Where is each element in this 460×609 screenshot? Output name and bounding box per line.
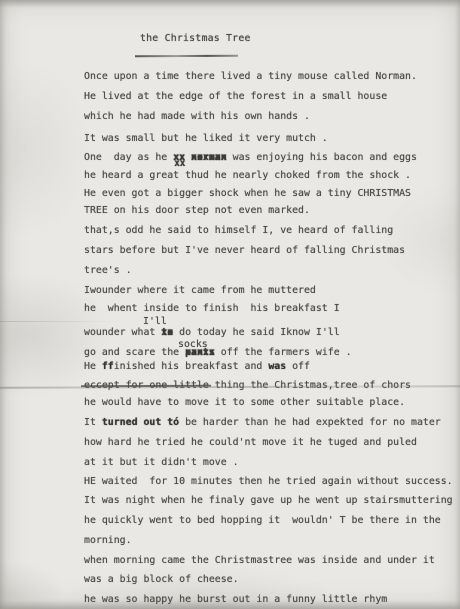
text-segment: TREE on his door step not even marked. — [84, 205, 310, 217]
text: stars before but I've never heard of fal… — [84, 245, 405, 256]
text-segment: do today he said Iknow I'll — [173, 327, 339, 339]
text-line: when morning came the Christmastree was … — [84, 555, 435, 567]
text: It was small but he liked it very mutch … — [84, 133, 328, 144]
text-line: It was night when he finaly gave up he w… — [84, 495, 453, 507]
text-segment: which he had made with his own hands . — [84, 111, 310, 123]
text: He lived at the edge of the forest in a … — [84, 91, 387, 102]
text: It — [84, 417, 102, 428]
text-segment: go and scare the — [84, 347, 185, 359]
text: I'll — [143, 316, 167, 327]
text-line: he quickly went to bed hopping it wouldn… — [84, 515, 441, 527]
text-segment: It — [84, 417, 102, 429]
text-line: he would have to move it to some other s… — [84, 397, 405, 409]
text-line: was a big block of cheese. — [84, 574, 239, 586]
text: He — [84, 361, 102, 372]
text-line: It turned out tó be harder than he had e… — [84, 417, 441, 429]
text: turned out tó — [102, 417, 179, 428]
text: norman — [191, 152, 227, 164]
text-segment: be harder than he had expekted for no ma… — [179, 417, 441, 429]
text: inished his breakfast and — [114, 361, 269, 372]
text-segment: stars before but I've never heard of fal… — [84, 245, 405, 257]
text-line: He lived at the edge of the forest in a … — [84, 91, 387, 103]
text: ff — [102, 361, 114, 372]
text-segment: tree's . — [84, 265, 132, 277]
overstruck-text: norman — [191, 152, 227, 164]
text-line: how hard he tried he could'nt move it he… — [84, 437, 417, 449]
text: Iwounder where it came from he muttered — [84, 285, 316, 296]
overtyped-text: was — [268, 361, 286, 373]
text-line: go and scare the pants off the farmers w… — [84, 347, 352, 359]
text-segment: It was small but he liked it very mutch … — [84, 133, 328, 145]
text-segment: One day as he — [84, 152, 173, 164]
text-segment: He lived at the edge of the forest in a … — [84, 91, 387, 103]
text-line: he heard a great thud he nearly choked f… — [84, 170, 411, 182]
paper-crease-faint — [0, 321, 120, 322]
text: at it but it didn't move . — [84, 457, 239, 468]
text-line: he whent inside to finish his breakfast … — [84, 303, 340, 315]
text: when morning came the Christmastree was … — [84, 555, 435, 566]
text-segment: he quickly went to bed hopping it wouldn… — [84, 515, 441, 527]
text-line: Iwounder where it came from he muttered — [84, 285, 316, 297]
text-line: HE waited for 10 minutes then he tried a… — [84, 476, 453, 488]
text: was enjoying his bacon and eggs — [227, 152, 417, 163]
overtyped-text: ff — [102, 361, 114, 373]
text: pants — [185, 347, 215, 359]
text-line: wounder what to do today he said Iknow I… — [84, 327, 340, 339]
text-segment: how hard he tried he could'nt move it he… — [84, 437, 417, 449]
text: be harder than he had expekted for no ma… — [179, 417, 441, 428]
text: do today he said Iknow I'll — [173, 327, 339, 338]
text-line: which he had made with his own hands . — [84, 111, 310, 123]
text: wounder what — [84, 327, 161, 338]
text-segment: was a big block of cheese. — [84, 574, 239, 586]
text-segment: that,s odd he said to himself I, ve hear… — [84, 225, 393, 237]
overstruck-text: xxxx — [173, 152, 185, 164]
text: He even got a bigger shock when he saw a… — [84, 188, 411, 199]
text-line: He ffinished his breakfast and was off — [84, 361, 310, 373]
text-line: Once upon a time there lived a tiny mous… — [84, 71, 417, 83]
text: off the farmers wife . — [215, 347, 352, 358]
text: morning. — [84, 535, 132, 546]
text: One day as he — [84, 152, 173, 163]
text-line: at it but it didn't move . — [84, 457, 239, 469]
overstruck-text: pants — [185, 347, 215, 359]
text: he would have to move it to some other s… — [84, 397, 405, 408]
text-segment: he would have to move it to some other s… — [84, 397, 405, 409]
text: was — [268, 361, 286, 372]
overstruck-text-below: xx — [174, 158, 185, 170]
text-line: One day as he xxxx norman was enjoying h… — [84, 152, 417, 164]
text-line: stars before but I've never heard of fal… — [84, 245, 405, 257]
text-segment: morning. — [84, 535, 132, 547]
text-segment: off — [286, 361, 310, 373]
text-segment: HE waited for 10 minutes then he tried a… — [84, 476, 453, 488]
text-segment: He even got a bigger shock when he saw a… — [84, 188, 411, 200]
text-line: that,s odd he said to himself I, ve hear… — [84, 225, 393, 237]
text: HE waited for 10 minutes then he tried a… — [84, 476, 453, 487]
text-segment: Once upon a time there lived a tiny mous… — [84, 71, 417, 83]
text-segment: was enjoying his bacon and eggs — [227, 152, 417, 164]
text: TREE on his door step not even marked. — [84, 205, 310, 216]
text: It was night when he finaly gave up he w… — [84, 495, 453, 506]
document-page: the Christmas Tree Once upon a time ther… — [0, 0, 460, 609]
text: off — [286, 361, 310, 372]
text: he whent inside to finish his breakfast … — [84, 303, 340, 314]
text-lines: Once upon a time there lived a tiny mous… — [0, 0, 460, 609]
text-segment: He — [84, 361, 102, 373]
text-segment: Iwounder where it came from he muttered — [84, 285, 316, 297]
text: Once upon a time there lived a tiny mous… — [84, 71, 417, 82]
text-segment: inished his breakfast and — [114, 361, 269, 373]
text: how hard he tried he could'nt move it he… — [84, 437, 417, 448]
text-line: He even got a bigger shock when he saw a… — [84, 188, 411, 200]
text: to — [161, 327, 173, 339]
text: he quickly went to bed hopping it wouldn… — [84, 515, 441, 526]
text-line: morning. — [84, 535, 132, 547]
text-line: tree's . — [84, 265, 132, 277]
text-segment: he whent inside to finish his breakfast … — [84, 303, 340, 315]
text: which he had made with his own hands . — [84, 111, 310, 122]
text-segment: off the farmers wife . — [215, 347, 352, 359]
text-segment: wounder what — [84, 327, 161, 339]
text-segment: when morning came the Christmastree was … — [84, 555, 435, 567]
text: tree's . — [84, 265, 132, 276]
text-segment: at it but it didn't move . — [84, 457, 239, 469]
scan-edge-shadow-bottom — [0, 600, 460, 609]
text: was a big block of cheese. — [84, 574, 239, 585]
text: go and scare the — [84, 347, 185, 358]
overtyped-text: turned out tó — [102, 417, 179, 429]
text-segment: It was night when he finaly gave up he w… — [84, 495, 453, 507]
text-line: It was small but he liked it very mutch … — [84, 133, 328, 145]
text: that,s odd he said to himself I, ve hear… — [84, 225, 393, 236]
text-line: TREE on his door step not even marked. — [84, 205, 310, 217]
text: he heard a great thud he nearly choked f… — [84, 170, 411, 181]
text-segment: he heard a great thud he nearly choked f… — [84, 170, 411, 182]
overstruck-text: to — [161, 327, 173, 339]
